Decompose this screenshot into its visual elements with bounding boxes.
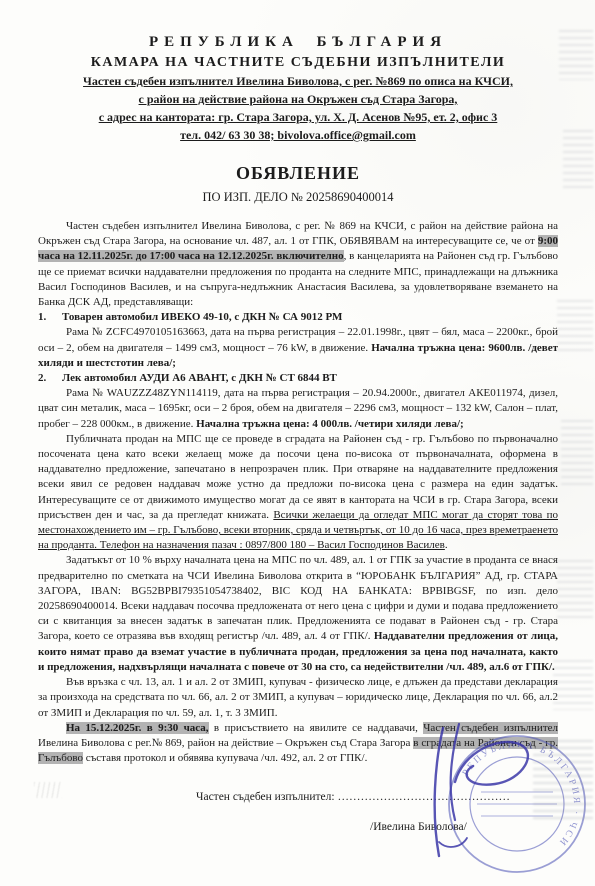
signature-line: Частен съдебен изпълнител: …………………………………… xyxy=(196,790,558,805)
document-body: Частен съдебен изпълнител Ивелина Биволо… xyxy=(38,219,558,835)
vehicle-2-heading: 2.Лек автомобил АУДИ А6 АВАНТ, с ДКН № С… xyxy=(38,371,558,386)
paragraph-deposit: Задатъкът от 10 % върху началната цена н… xyxy=(38,553,558,675)
bailiff-title-highlight: Частен съдебен изпълнител xyxy=(423,722,558,734)
sale-procedure-text: Публичната продан на МПС ще се проведе в… xyxy=(38,433,558,521)
paragraph-announcement: Частен съдебен изпълнител Ивелина Биволо… xyxy=(38,219,558,310)
bailiff-address-line: с адрес на кантората: гр. Стара Загора, … xyxy=(38,110,558,125)
opening-text-1: в присъствието на явилите се наддавачи, xyxy=(209,722,424,734)
case-number: ПО ИЗП. ДЕЛО № 20258690400014 xyxy=(38,190,558,205)
announcement-text-start: Частен съдебен изпълнител Ивелина Биволо… xyxy=(38,220,558,247)
pencil-mark xyxy=(34,782,62,798)
paragraph-zmip-declarations: Във връзка с чл. 13, ал. 1 и ал. 2 от ЗМ… xyxy=(38,675,558,721)
scan-artifact xyxy=(563,130,593,190)
vehicle-2-description: Рама № WAUZZZ48ZYN114119, дата на първа … xyxy=(38,386,558,432)
vehicle-1-number: 1. xyxy=(38,310,62,325)
scan-artifact xyxy=(553,660,593,710)
sale-procedure-period: . xyxy=(445,539,448,551)
scan-artifact xyxy=(561,420,593,490)
scan-artifact xyxy=(559,30,593,80)
chamber-title: КАМАРА НА ЧАСТНИТЕ СЪДЕБНИ ИЗПЪЛНИТЕЛИ xyxy=(38,55,558,71)
bailiff-name-line: Частен съдебен изпълнител Ивелина Биволо… xyxy=(38,74,558,89)
vehicle-2-starting-price: Начална тръжна цена: 4 000лв. /четири хи… xyxy=(196,418,464,430)
scan-artifact xyxy=(557,560,593,620)
opening-text-3: съставя протокол и обявява купувача /чл.… xyxy=(83,752,367,764)
vehicle-1-title: Товарен автомобил ИВЕКО 49-10, с ДКН № С… xyxy=(62,311,342,323)
bailiff-district-line: с район на действие района на Окръжен съ… xyxy=(38,92,558,107)
scan-artifact xyxy=(533,740,593,820)
signature-dots: ……………………………………… xyxy=(337,791,510,803)
paragraph-opening-date: На 15.12.2025г. в 9:30 часа, в присъстви… xyxy=(38,721,558,767)
document-page: РЕПУБЛИКА БЪЛГАРИЯ КАМАРА НА ЧАСТНИТЕ СЪ… xyxy=(0,0,595,886)
paragraph-sale-procedure: Публичната продан на МПС ще се проведе в… xyxy=(38,432,558,554)
vehicle-2-title: Лек автомобил АУДИ А6 АВАНТ, с ДКН № СТ … xyxy=(62,372,337,384)
scan-artifact xyxy=(557,300,593,355)
vehicle-2-number: 2. xyxy=(38,371,62,386)
opening-text-2: Ивелина Биволова с рег.№ 869, район на д… xyxy=(38,737,413,749)
country-title: РЕПУБЛИКА БЪЛГАРИЯ xyxy=(38,34,558,51)
opening-date-highlight: На 15.12.2025г. в 9:30 часа, xyxy=(66,722,209,734)
signatory-name: /Ивелина Биволова/ xyxy=(370,820,558,835)
signature-label: Частен съдебен изпълнител: xyxy=(196,791,337,803)
vehicle-1-description: Рама № ZCFC4970105163663, дата на първа … xyxy=(38,325,558,371)
document-title: ОБЯВЛЕНИЕ xyxy=(38,163,558,184)
bailiff-contact-line: тел. 042/ 63 30 38; bivolova.office@gmai… xyxy=(38,128,558,143)
letterhead: РЕПУБЛИКА БЪЛГАРИЯ КАМАРА НА ЧАСТНИТЕ СЪ… xyxy=(38,34,558,143)
zmip-text: Във връзка с чл. 13, ал. 1 и ал. 2 от ЗМ… xyxy=(38,676,558,718)
vehicle-1-heading: 1.Товарен автомобил ИВЕКО 49-10, с ДКН №… xyxy=(38,310,558,325)
